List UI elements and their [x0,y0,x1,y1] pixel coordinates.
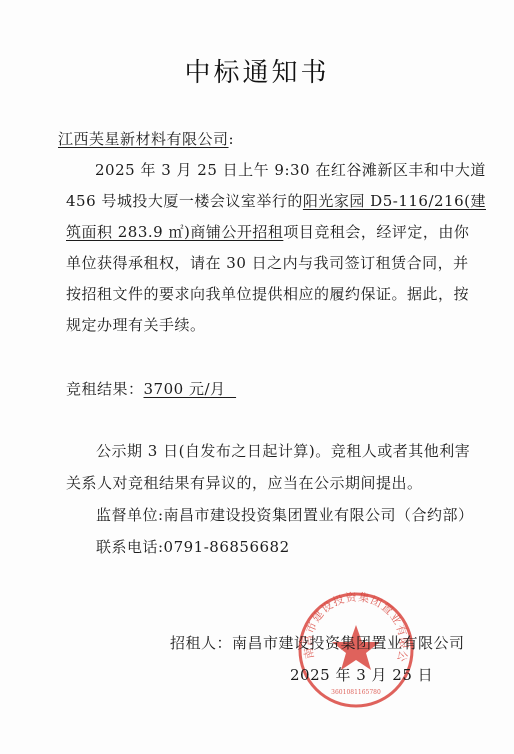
para1-line1: 2025 年 3 月 25 日上午 9:30 在红谷滩新区丰和中大道 [95,159,486,180]
para1-line5: 按招租文件的要求向我单位提供相应的履约保证。据此，按 [66,283,469,304]
document-title: 中标通知书 [0,52,514,89]
result-line: 竞租结果：3700 元/月 [66,378,236,399]
result-value: 3700 元/月 [144,380,226,398]
para1-line4: 单位获得承租权，请在 30 日之内与我司签订租赁合同，并 [66,252,469,273]
document-page: 中标通知书 江西芙星新材料有限公司: 2025 年 3 月 25 日上午 9:3… [0,0,514,754]
para2-line2: 关系人对竞租结果有异议的，应当在公示期间提出。 [66,472,423,493]
result-label: 竞租结果： [66,380,144,398]
para1-line6: 规定办理有关手续。 [66,314,206,335]
recipient-line: 江西芙星新材料有限公司: [58,128,234,149]
project-name-cont: 筑面积 283.9 ㎡)商铺公开招租 [66,223,283,241]
lessor-signature: 招租人：南昌市建设投资集团置业有限公司 [170,632,465,653]
contact-line: 联系电话:0791-86856682 [96,536,290,557]
para2-line1: 公示期 3 日(自发布之日起计算)。竞租人或者其他利害 [96,440,470,461]
supervisor-line: 监督单位:南昌市建设投资集团置业有限公司（合约部） [96,504,474,525]
svg-text:3601081165780: 3601081165780 [331,689,381,696]
para1-line2: 456 号城投大厦一楼会议室举行的阳光家园 D5-116/216(建 [66,190,486,211]
para1-line3: 筑面积 283.9 ㎡)商铺公开招租项目竞租会，经评定，由你 [66,221,469,242]
recipient-name: 江西芙星新材料有限公司 [58,130,229,148]
project-name: 阳光家园 D5-116/216(建 [303,192,486,210]
signature-date: 2025 年 3 月 25 日 [290,664,433,685]
